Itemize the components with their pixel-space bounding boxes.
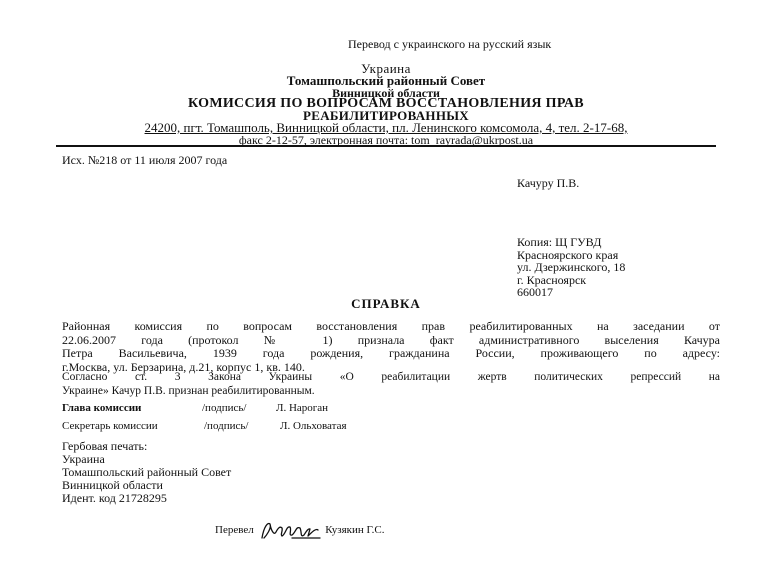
copy-line: ул. Дзержинского, 18: [517, 261, 625, 274]
copy-line: Копия: Щ ГУВД: [517, 236, 625, 249]
handwritten-signature-icon: [256, 518, 322, 542]
translator-label: Перевел: [215, 524, 254, 536]
document-title: СПРАВКА: [0, 296, 772, 312]
signature-mark: /подпись/: [204, 420, 248, 432]
translator-line: Перевел Кузякин Г.С.: [215, 518, 384, 542]
paragraph-line: Украине» Качур П.В. признан реабилитиров…: [62, 385, 720, 399]
translator-name: Кузякин Г.С.: [325, 524, 384, 536]
paragraph-line: Районная комиссия по вопросам восстановл…: [62, 320, 720, 334]
paragraph-line: 22.06.2007 года (протокол № 1) признала …: [62, 334, 720, 348]
paragraph-line: Согласно ст. 3 Закона Украины «О реабили…: [62, 371, 720, 385]
letterhead-divider: [56, 145, 716, 147]
signatory-role: Секретарь комиссии: [62, 420, 158, 432]
signatory-name: Л. Ольховатая: [280, 420, 347, 432]
copy-recipient-block: Копия: Щ ГУВД Красноярского края ул. Дзе…: [517, 236, 625, 299]
signatory-name: Л. Нароган: [276, 402, 328, 414]
signatory-role: Глава комиссии: [62, 402, 141, 414]
paragraph-line: Петра Васильевича, 1939 года рождения, г…: [62, 347, 720, 361]
addressee: Качуру П.В.: [517, 176, 579, 191]
signature-mark: /подпись/: [202, 402, 246, 414]
stamp-line: Идент. код 21728295: [62, 492, 231, 505]
outgoing-reference: Исх. №218 от 11 июля 2007 года: [62, 153, 227, 168]
translation-note: Перевод с украинского на русский язык: [348, 37, 551, 52]
stamp-block: Гербовая печать: Украина Томашпольский р…: [62, 440, 231, 505]
paragraph-main: Районная комиссия по вопросам восстановл…: [62, 320, 720, 374]
paragraph-rehabilitation: Согласно ст. 3 Закона Украины «О реабили…: [62, 371, 720, 398]
